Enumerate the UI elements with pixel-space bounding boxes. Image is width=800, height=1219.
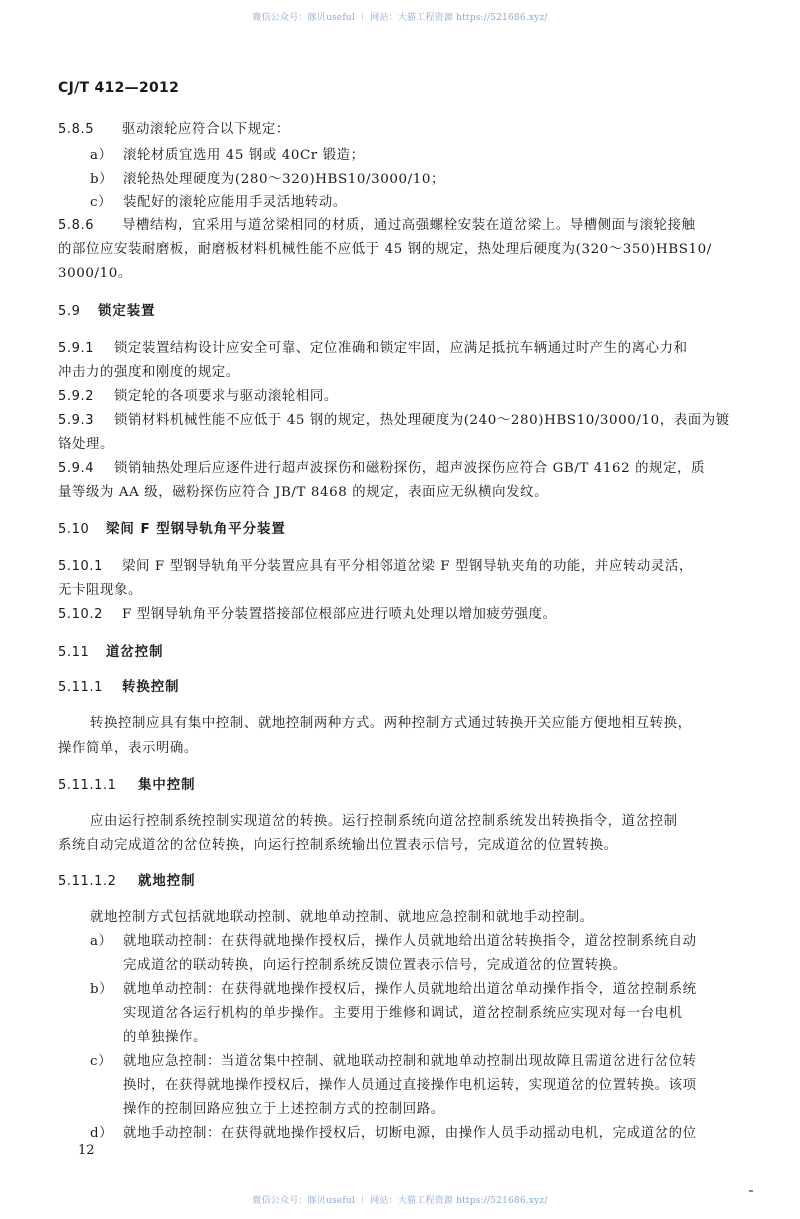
clause-line: 的部位应安装耐磨板，耐磨板材料机械性能不应低于 45 钢的规定，热处理后硬度为(… xyxy=(58,238,712,257)
clause-5-8-6: 5.8.6导槽结构，宜采用与道岔梁相同的材质，通过高强螺栓安装在道岔梁上。导槽侧… xyxy=(58,214,696,233)
list-item-line: 换时，在获得就地操作授权后，操作人员通过直接操作电机运转，实现道岔的位置转换。该… xyxy=(123,1074,697,1093)
clause-5-9-3: 5.9.3锁销材料机械性能不应低于 45 钢的规定，热处理硬度为(240～280… xyxy=(58,409,730,428)
clause-line: 铬处理。 xyxy=(58,433,114,452)
paragraph-line: 系统自动完成道岔的岔位转换，向运行控制系统输出位置表示信号，完成道岔的位置转换。 xyxy=(58,834,618,853)
clause-line: 3000/10。 xyxy=(58,262,132,281)
clause-5-8-5: 5.8.5驱动滚轮应符合以下规定： xyxy=(58,118,290,137)
list-item-line: 的单独操作。 xyxy=(123,1026,207,1045)
paragraph-line: 应由运行控制系统控制实现道岔的转换。运行控制系统向道岔控制系统发出转换指令，道岔… xyxy=(90,810,678,829)
section-heading-5-11: 5.11道岔控制 xyxy=(58,641,164,660)
clause-5-10-1: 5.10.1梁间 F 型钢导轨角平分装置应具有平分相邻道岔梁 F 型钢导轨夹角的… xyxy=(58,555,693,574)
section-heading-5-9: 5.9锁定装置 xyxy=(58,300,156,319)
section-heading-5-11-1-1: 5.11.1.1集中控制 xyxy=(58,774,196,793)
paragraph-line: 就地控制方式包括就地联动控制、就地单动控制、就地应急控制和就地手动控制。 xyxy=(90,906,594,925)
clause-text: 驱动滚轮应符合以下规定： xyxy=(122,122,290,137)
scan-artifact-mark xyxy=(749,1190,753,1192)
watermark-bottom: 微信公众号：豚贝useful ｜ 网站：大猫工程资源 https://52168… xyxy=(0,1193,800,1206)
list-item: c）装配好的滚轮应能用手灵活地转动。 xyxy=(90,191,347,210)
clause-5-9-2: 5.9.2锁定轮的各项要求与驱动滚轮相同。 xyxy=(58,385,338,404)
clause-line: 无卡阻现象。 xyxy=(58,579,142,598)
clause-5-9-1: 5.9.1锁定装置结构设计应安全可靠、定位准确和锁定牢固，应满足抵抗车辆通过时产… xyxy=(58,337,688,356)
list-item: b）滚轮热处理硬度为(280～320)HBS10/3000/10； xyxy=(90,168,445,187)
clause-5-9-4: 5.9.4锁销轴热处理后应逐件进行超声波探伤和磁粉探伤，超声波探伤应符合 GB/… xyxy=(58,457,705,476)
clause-number: 5.8.5 xyxy=(58,122,122,137)
standard-code: CJ/T 412—2012 xyxy=(58,80,179,96)
clause-line: 量等级为 AA 级，磁粉探伤应符合 JB/T 8468 的规定，表面应无纵横向发… xyxy=(58,481,548,500)
list-item: b）就地单动控制：在获得就地操作授权后，操作人员就地给出道岔单动操作指令，道岔控… xyxy=(90,978,697,997)
paragraph-line: 操作简单，表示明确。 xyxy=(58,737,198,756)
watermark-top: 微信公众号：豚贝useful ｜ 网站：大猫工程资源 https://52168… xyxy=(0,10,800,23)
clause-line: 冲击力的强度和刚度的规定。 xyxy=(58,361,240,380)
list-item: d）就地手动控制：在获得就地操作授权后，切断电源，由操作人员手动摇动电机，完成道… xyxy=(90,1122,697,1141)
list-item: a）滚轮材质宜选用 45 钢或 40Cr 锻造； xyxy=(90,144,365,163)
list-item: c）就地应急控制：当道岔集中控制、就地联动控制和就地单动控制出现故障且需道岔进行… xyxy=(90,1050,697,1069)
section-heading-5-10: 5.10梁间 F 型钢导轨角平分装置 xyxy=(58,518,286,537)
list-item-line: 操作的控制回路应独立于上述控制方式的控制回路。 xyxy=(123,1098,445,1117)
list-item-line: 实现道岔各运行机构的单步操作。主要用于维修和调试，道岔控制系统应实现对每一台电机 xyxy=(123,1002,683,1021)
section-heading-5-11-1: 5.11.1转换控制 xyxy=(58,676,180,695)
list-item: a）就地联动控制：在获得就地操作授权后，操作人员就地给出道岔转换指令，道岔控制系… xyxy=(90,930,697,949)
section-heading-5-11-1-2: 5.11.1.2就地控制 xyxy=(58,870,196,889)
paragraph-line: 转换控制应具有集中控制、就地控制两种方式。两种控制方式通过转换开关应能方便地相互… xyxy=(90,712,692,731)
list-item-line: 完成道岔的联动转换，向运行控制系统反馈位置表示信号，完成道岔的位置转换。 xyxy=(123,954,627,973)
page-number: 12 xyxy=(78,1143,95,1158)
clause-5-10-2: 5.10.2F 型钢导轨角平分装置搭接部位根部应进行喷丸处理以增加疲劳强度。 xyxy=(58,603,556,622)
